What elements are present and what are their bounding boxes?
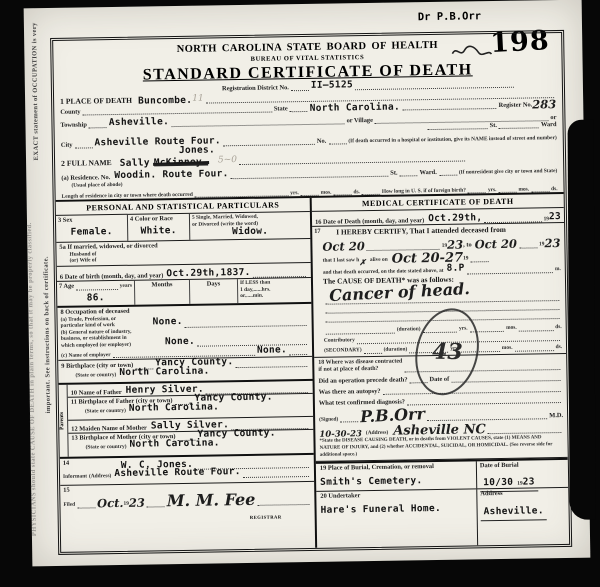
state-label: State (274, 105, 288, 113)
dotted-line (400, 174, 418, 177)
county-pencil-mark: 11 (192, 95, 204, 104)
ward-label: Ward (541, 121, 557, 129)
dotted-line (439, 173, 457, 176)
dotted-line (147, 504, 165, 507)
state-value: North Carolina. (310, 103, 400, 114)
or-village-label: or Village (347, 117, 373, 125)
circled-annotation-value: 43 (432, 341, 463, 364)
mother-birthplace-state-value: North Carolina. (129, 438, 219, 449)
dotted-line (488, 430, 562, 434)
footnote: *State the DISEASE CAUSING DEATH, or in … (319, 435, 563, 459)
street-label: St. (490, 122, 497, 129)
ds-label: ds. (555, 324, 562, 331)
corrected-surname: Jones. (179, 146, 215, 156)
death-date-year: 23 (549, 212, 561, 222)
parents-section: Parents 10 Name of Father Henry Silver. … (59, 381, 314, 459)
doctor-annotation: Dr P.B.Orr (418, 11, 481, 22)
burial-value: Smith's Cemetery. (320, 475, 472, 487)
duration-label: (duration) (384, 347, 408, 354)
dotted-line (77, 505, 95, 508)
occupation-a-value: None. (153, 317, 183, 327)
name-pencil-mark: 5~0 (218, 157, 237, 166)
medical-column: MEDICAL CERTIFICATE OF DEATH 16 Date of … (312, 194, 569, 547)
occupation-b-label: (b) General nature of industry, business… (61, 328, 165, 349)
informant-address-label: (Address) (89, 473, 111, 480)
attended-from-value: Oct 20 (322, 241, 365, 253)
full-name-label: 2 FULL NAME (61, 159, 112, 168)
register-no-label: Register No. (499, 102, 533, 110)
death-date-value: Oct.29th, (428, 213, 482, 223)
undertaker-label: 20 Undertaker (320, 491, 472, 501)
filed-section: 15 Filed Oct. 19 23 M. M. Fee REGISTRAR (60, 482, 315, 552)
marital-value: Widow. (192, 226, 308, 237)
filed-label: Filed (63, 502, 75, 509)
mos-label: mos. (502, 345, 513, 352)
dotted-line (340, 419, 358, 422)
sex-value: Female. (58, 227, 125, 238)
dotted-line (89, 126, 107, 129)
margin-note-2: EXACT statement of OCCUPATION is very (32, 22, 41, 160)
residence-value: Woodin. Route Four. (114, 169, 229, 180)
undertaker-address-label: Address (480, 489, 565, 498)
year-prefix: 19 (517, 480, 522, 486)
margin-note-3: important. See instructions on back of c… (44, 256, 53, 413)
residence-ward-label: Ward. (420, 169, 437, 177)
occupation-section: 8 Occupation of deceased (a) Trade, Prof… (57, 304, 312, 361)
year-prefix: 19 (463, 256, 468, 263)
alive-on-label: alive on (370, 257, 388, 264)
register-no-value: 283 (532, 99, 556, 111)
informant-section: 14 W. C. Jones. Informant (Address) Ashe… (60, 455, 314, 486)
dotted-line (499, 126, 539, 130)
autopsy-label: Was there an autopsy? (319, 388, 381, 396)
mother-name-label: 12 Maiden Name of Mother (71, 424, 147, 433)
birthplace-state-label: (State or country) (75, 372, 116, 379)
township-value: Asheville. (109, 117, 169, 127)
registration-district-value: II—5125 (311, 80, 353, 90)
attended-to-value: Oct 20 (475, 239, 518, 251)
dotted-line (291, 88, 309, 91)
burial-date-value: 10/30 (483, 477, 513, 488)
occupation-c-label: (c) Name of employer (61, 352, 111, 359)
sex-race-marital-row: 3 Sex Female. 4 Color or Race White. 5 S… (56, 212, 310, 243)
parents-strip: Parents (59, 385, 69, 457)
address-label: (Address) (366, 429, 388, 436)
certificate-page: PHYSICIANS should state CAUSE OF DEATH i… (24, 0, 591, 566)
to-label: , to (463, 242, 472, 249)
contributory-label: Contributory (324, 338, 355, 345)
dotted-line (364, 351, 382, 354)
informant-address-value: Asheville Route Four. (114, 467, 241, 478)
physician-signature: P.B.Orr (360, 406, 426, 425)
birth-date-value: Oct.29th,1837. (166, 268, 250, 279)
birthplace-state-value: North Carolina. (119, 366, 209, 377)
age-years-label: years (120, 283, 132, 290)
certificate-frame: NORTH CAROLINA STATE BOARD OF HEALTH BUR… (50, 30, 572, 555)
dotted-line (519, 245, 537, 248)
residence-st-label: St. (390, 170, 397, 177)
md-label: M.D. (549, 412, 563, 420)
father-birthplace-state-value: North Carolina. (129, 402, 219, 413)
age-row: 7 Age years 86. Months Days If LESS than… (57, 278, 311, 308)
dotted-line (290, 109, 308, 112)
burial-row: 19 Place of Burial, Cremation, or remova… (316, 458, 568, 492)
father-name-value: Henry Silver. (126, 384, 204, 395)
age-value: 86. (59, 293, 132, 304)
sex-label: 3 Sex (58, 216, 125, 224)
occupation-b-value: None. (165, 337, 195, 347)
scan-edge-artifact (568, 120, 596, 520)
county-value: Buncombe. (138, 96, 192, 106)
first-name-value: Sally (120, 158, 150, 168)
cause-of-death-value: Cancer of head. (329, 281, 470, 304)
parents-label: Parents (60, 412, 66, 430)
dotted-line (470, 259, 488, 262)
mother-birthplace-state-label: (State or country) (86, 444, 127, 451)
race-label: 4 Color or Race (130, 215, 187, 223)
age-label: 7 Age (59, 283, 74, 291)
attended-to-year: 23 (544, 238, 560, 250)
disease-contracted-label: 18 Where was disease contracted if not a… (318, 358, 402, 374)
race-value: White. (130, 226, 187, 236)
age-months-label: Months (137, 281, 187, 289)
township-label: Township (60, 122, 87, 130)
duration-label: (duration) (397, 327, 421, 334)
filed-month-value: Oct. (97, 498, 124, 510)
dotted-line (519, 328, 554, 332)
undertaker-row: 20 Undertaker Hare's Funeral Home. Addre… (316, 488, 569, 548)
age-less-label: If LESS than 1 day,......hrs. or......mi… (240, 279, 309, 300)
father-birthplace-state-label: (State or country) (85, 408, 126, 415)
dotted-line (243, 474, 309, 478)
dotted-line (289, 352, 307, 355)
father-name-label: 10 Name of Father (71, 389, 122, 397)
informant-label: Informant (63, 474, 87, 481)
secondary-label: (SECONDARY) (324, 347, 362, 354)
undertaker-address-value: Asheville. (484, 505, 544, 517)
abode-note: (Usual place of abode) (71, 182, 122, 189)
ds-label: ds. (556, 344, 563, 351)
residence-label: (a) Residence. No. (61, 174, 110, 182)
columns: PERSONAL AND STATISTICAL PARTICULARS 3 S… (56, 192, 569, 551)
operation-label: Did an operation precede death? (318, 376, 407, 385)
place-of-death-section: 1 PLACE OF DEATH Buncombe. 11 County Sta… (54, 87, 564, 200)
occupation-c-value: None. (257, 345, 287, 355)
age-days-label: Days (192, 281, 235, 289)
place-of-death-label: 1 PLACE OF DEATH (60, 97, 132, 106)
county-label: County (60, 109, 80, 117)
death-occurred-time: 8.P (446, 264, 464, 274)
dotted-line (76, 287, 118, 291)
burial-label: 19 Place of Burial, Cremation, or remova… (320, 463, 472, 473)
mos-label: mos. (506, 325, 517, 332)
personal-column: PERSONAL AND STATISTICAL PARTICULARS 3 S… (56, 198, 317, 551)
registrar-label: REGISTRAR (250, 514, 282, 519)
registrar-signature: M. M. Fee (167, 491, 256, 508)
filed-year-value: 23 (129, 498, 145, 510)
certify-number: 17 (314, 228, 321, 235)
burial-date-label: Date of Burial (480, 461, 565, 470)
signed-label: (Signed) (319, 416, 338, 423)
margin-note-1: PHYSICIANS should state CAUSE OF DEATH i… (27, 222, 38, 536)
registration-district-label: Registration District No. (222, 84, 289, 92)
m-label: m. (555, 266, 561, 273)
overwrite-mark: ✗ (359, 258, 366, 266)
last-saw-label: that I last saw h (323, 257, 360, 264)
burial-date-year: 23 (523, 476, 535, 487)
undertaker-value: Hare's Funeral Home. (320, 503, 472, 515)
dotted-line (515, 348, 554, 352)
struck-surname: McKinney. (154, 158, 208, 168)
